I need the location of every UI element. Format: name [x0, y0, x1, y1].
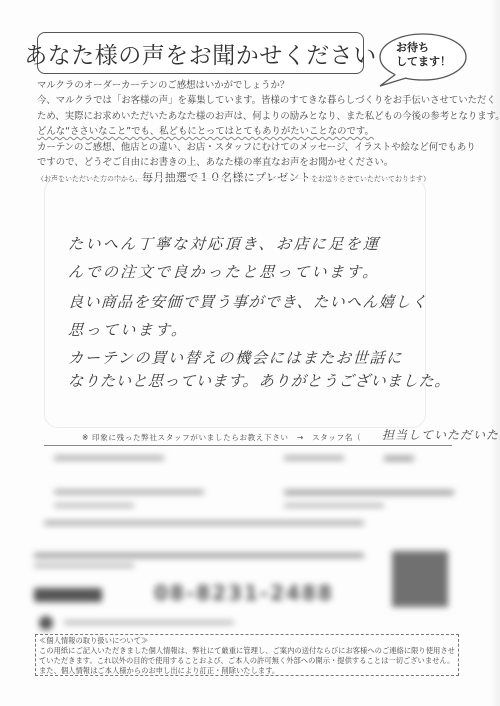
form-title: あなた様の声をお聞かせください: [24, 37, 377, 70]
privacy-line: ていただきます。これ以外の目的で使用することおよび、ご本人の許可無く外部への開示…: [39, 656, 455, 666]
staff-name-value: 担当していただいた方: [382, 426, 500, 443]
privacy-line: この用紙にご記入いただきました個人情報は、弊社にて厳重に管理し、ご案内の送付なら…: [39, 646, 455, 656]
handwritten-line: たいへん丁寧な対応頂き、お店に足を運: [67, 233, 380, 254]
intro-line: マルクラのオーダーカーテンのご感想はいかがでしょうか？: [37, 78, 467, 93]
handwritten-line: 思っています。: [67, 319, 189, 340]
intro-paragraph: マルクラのオーダーカーテンのご感想はいかがでしょうか？ 今、マルクラでは「お客様…: [37, 78, 467, 188]
handwritten-line: カーテンの買い替えの機会にはまたお世話に: [67, 347, 403, 368]
intro-line: 今、マルクラでは「お客様の声」を募集しています。皆様のすてきな暮らしづくりをお手…: [37, 93, 467, 108]
title-box: あなた様の声をお聞かせください: [37, 32, 364, 74]
privacy-notice: ≪個人情報の取り扱いについて≫ この用紙にご記入いただきました個人情報は、弊社に…: [35, 634, 459, 676]
divider: [44, 445, 452, 446]
handwritten-line: なりたいと思っています。ありがとうございました。: [67, 370, 451, 391]
privacy-heading: ≪個人情報の取り扱いについて≫: [39, 636, 455, 646]
intro-line: カーテンのご感想、他店との違い、お店・スタッフにむけてのメッセージ、イラストや絵…: [37, 140, 467, 155]
intro-line: どんな“ささいなこと”でも、私どもにとってはとてもありがたいことなのです。: [37, 124, 467, 139]
qr-code: [392, 551, 448, 607]
intro-line: ですので、どうぞご自由にお書きの上、あなた様の率直なお声をお聞かせください。: [37, 155, 467, 170]
handwritten-line: んでの注文で良かったと思っています。: [67, 261, 380, 282]
bubble-text: お待ち してます！: [396, 41, 451, 69]
privacy-line: また、個人情報はご本人様からのお申し出により訂正・削除いたします。: [39, 666, 455, 676]
redacted-customer-info: 08-8231-2488: [34, 448, 474, 630]
redacted-phone: 08-8231-2488: [154, 581, 334, 605]
handwritten-line: 良い商品を安価で買う事ができ、たいへん嬉しく: [67, 291, 428, 312]
staff-label: ※ 印象に残った弊社スタッフがいましたらお教え下さい → スタッフ名（: [82, 432, 361, 443]
staff-name-row: ※ 印象に残った弊社スタッフがいましたらお教え下さい → スタッフ名（ 担当して…: [44, 428, 452, 446]
intro-line: ため、実際にお求めいただいたあなた様のお声は、何よりの励みとなり、また私どもの今…: [37, 109, 467, 124]
feedback-form-page: あなた様の声をお聞かせください お待ち してます！ マルクラのオーダーカーテンの…: [0, 0, 500, 706]
